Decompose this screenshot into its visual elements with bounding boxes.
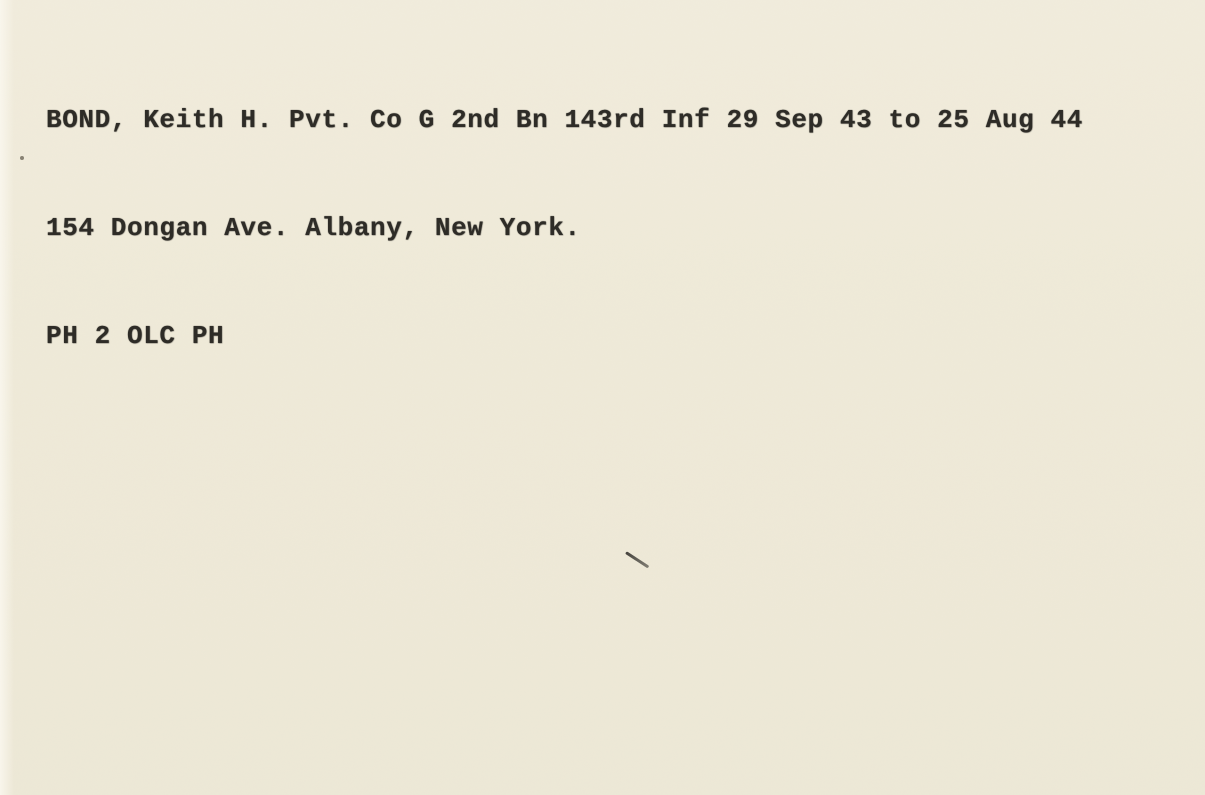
service-record-line: BOND, Keith H. Pvt. Co G 2nd Bn 143rd In… [46,102,1083,138]
address-line: 154 Dongan Ave. Albany, New York. [46,210,1083,246]
paper-speck [20,156,24,160]
stray-pen-mark [625,551,649,568]
typed-text-block: BOND, Keith H. Pvt. Co G 2nd Bn 143rd In… [46,30,1083,426]
awards-line: PH 2 OLC PH [46,318,1083,354]
index-card: BOND, Keith H. Pvt. Co G 2nd Bn 143rd In… [0,0,1205,795]
